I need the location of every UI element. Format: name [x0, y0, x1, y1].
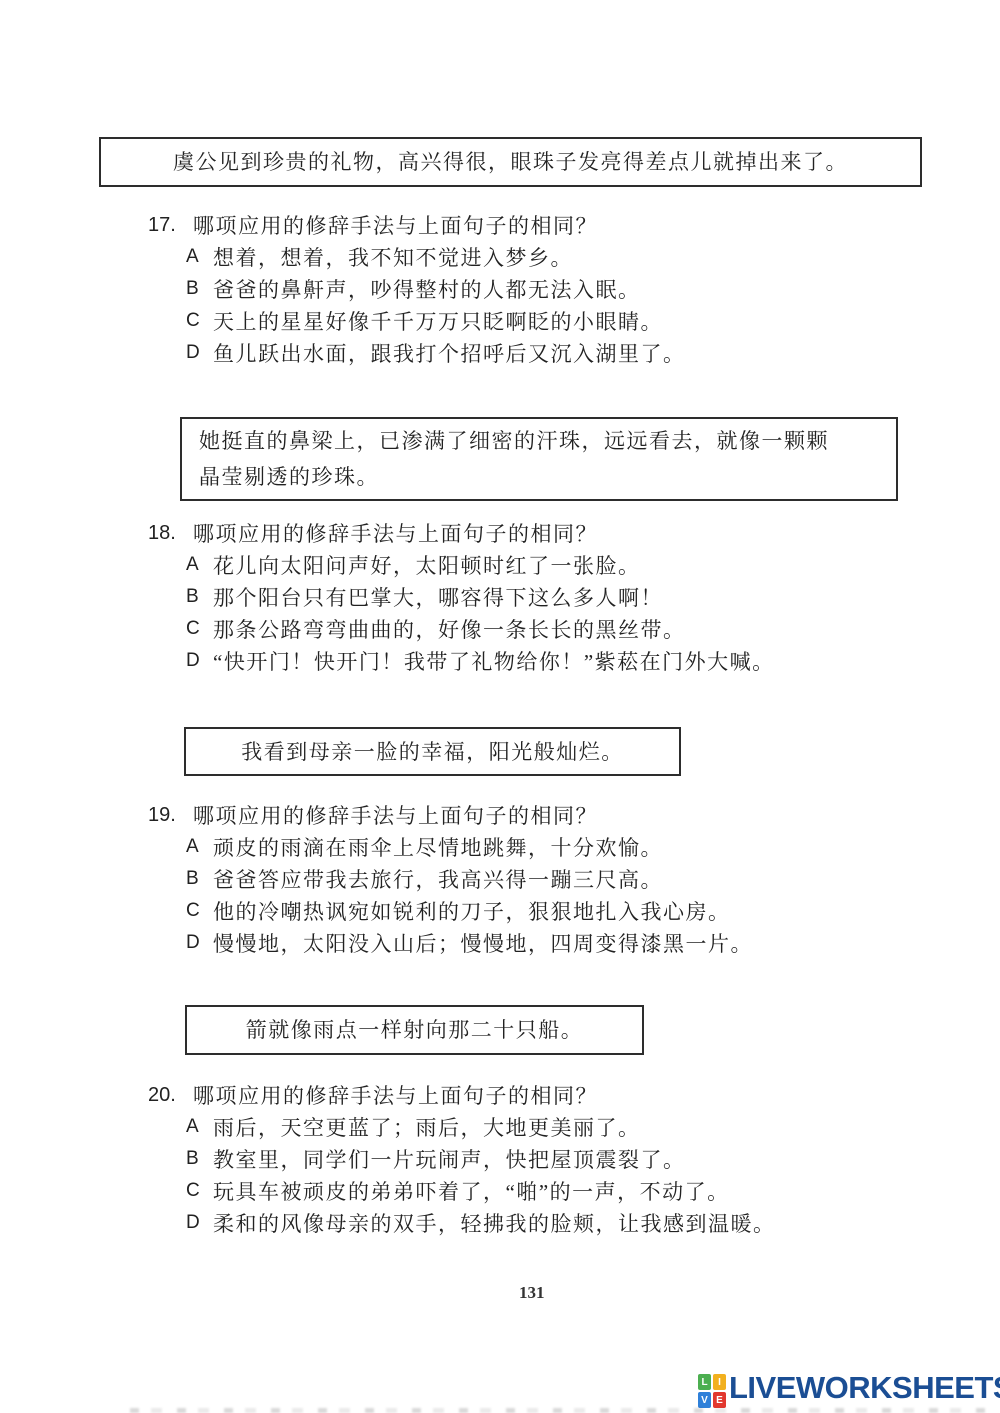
option-d[interactable]: D “快开门！快开门！我带了礼物给你！”紫菘在门外大喊。	[148, 645, 948, 677]
question-line: 20. 哪项应用的修辞手法与上面句子的相同？	[148, 1079, 948, 1111]
option-text: 花儿向太阳问声好，太阳顿时红了一张脸。	[213, 550, 641, 580]
question-number: 20.	[148, 1084, 193, 1107]
liveworksheets-icon: L I V E	[698, 1374, 726, 1408]
question-text: 哪项应用的修辞手法与上面句子的相同？	[193, 1080, 598, 1110]
option-text: 想着，想着，我不知不觉进入梦乡。	[213, 242, 573, 272]
option-b[interactable]: B 爸爸答应带我去旅行，我高兴得一蹦三尺高。	[148, 863, 948, 895]
option-letter: A	[186, 246, 213, 268]
option-text: 爸爸答应带我去旅行，我高兴得一蹦三尺高。	[213, 864, 663, 894]
option-text: 爸爸的鼻鼾声，吵得整村的人都无法入眠。	[213, 274, 641, 304]
option-text: 顽皮的雨滴在雨伞上尽情地跳舞，十分欢愉。	[213, 832, 663, 862]
option-letter: C	[186, 310, 213, 332]
option-c[interactable]: C 天上的星星好像千千万万只眨啊眨的小眼睛。	[148, 305, 948, 337]
option-letter: D	[186, 932, 213, 954]
option-text: 玩具车被顽皮的弟弟吓着了，“啪”的一声，不动了。	[213, 1176, 730, 1206]
option-text: 那条公路弯弯曲曲的，好像一条长长的黑丝带。	[213, 614, 686, 644]
option-letter: A	[186, 836, 213, 858]
option-text: 他的冷嘲热讽宛如锐利的刀子，狠狠地扎入我心房。	[213, 896, 731, 926]
option-a[interactable]: A 花儿向太阳问声好，太阳顿时红了一张脸。	[148, 549, 948, 581]
page-number: 131	[519, 1283, 545, 1303]
option-d[interactable]: D 柔和的风像母亲的双手，轻拂我的脸颊，让我感到温暖。	[148, 1207, 948, 1239]
option-text: 慢慢地，太阳没入山后；慢慢地，四周变得漆黑一片。	[213, 928, 753, 958]
passage-text: 晶莹剔透的珍珠。	[199, 459, 888, 495]
option-letter: C	[186, 618, 213, 640]
passage-box-2: 她挺直的鼻梁上，已渗满了细密的汗珠，远远看去，就像一颗颗 晶莹剔透的珍珠。	[180, 417, 898, 501]
option-letter: D	[186, 342, 213, 364]
option-a[interactable]: A 雨后，天空更蓝了；雨后，大地更美丽了。	[148, 1111, 948, 1143]
option-c[interactable]: C 玩具车被顽皮的弟弟吓着了，“啪”的一声，不动了。	[148, 1175, 948, 1207]
option-letter: D	[186, 650, 213, 672]
option-letter: C	[186, 1180, 213, 1202]
passage-box-4: 箭就像雨点一样射向那二十只船。	[185, 1005, 644, 1055]
option-d[interactable]: D 慢慢地，太阳没入山后；慢慢地，四周变得漆黑一片。	[148, 927, 948, 959]
question-17: 17. 哪项应用的修辞手法与上面句子的相同？ A 想着，想着，我不知不觉进入梦乡…	[148, 209, 948, 369]
logo-letter-i: I	[713, 1374, 726, 1390]
option-b[interactable]: B 教室里，同学们一片玩闹声，快把屋顶震裂了。	[148, 1143, 948, 1175]
option-b[interactable]: B 那个阳台只有巴掌大，哪容得下这么多人啊！	[148, 581, 948, 613]
logo-letter-e: E	[713, 1392, 726, 1408]
question-18: 18. 哪项应用的修辞手法与上面句子的相同？ A 花儿向太阳问声好，太阳顿时红了…	[148, 517, 948, 677]
passage-box-1: 虞公见到珍贵的礼物，高兴得很，眼珠子发亮得差点儿就掉出来了。	[99, 137, 922, 187]
question-line: 17. 哪项应用的修辞手法与上面句子的相同？	[148, 209, 948, 241]
question-number: 19.	[148, 804, 193, 827]
option-c[interactable]: C 那条公路弯弯曲曲的，好像一条长长的黑丝带。	[148, 613, 948, 645]
passage-text: 我看到母亲一脸的幸福，阳光般灿烂。	[186, 734, 679, 770]
cut-off-print-artifact	[130, 1408, 990, 1413]
option-letter: B	[186, 586, 213, 608]
question-line: 18. 哪项应用的修辞手法与上面句子的相同？	[148, 517, 948, 549]
option-letter: C	[186, 900, 213, 922]
liveworksheets-logo[interactable]: L I V E LIVEWORKSHEETS	[698, 1369, 1000, 1408]
passage-box-3: 我看到母亲一脸的幸福，阳光般灿烂。	[184, 727, 681, 776]
option-text: 鱼儿跃出水面，跟我打个招呼后又沉入湖里了。	[213, 338, 686, 368]
question-line: 19. 哪项应用的修辞手法与上面句子的相同？	[148, 799, 948, 831]
option-c[interactable]: C 他的冷嘲热讽宛如锐利的刀子，狠狠地扎入我心房。	[148, 895, 948, 927]
question-number: 18.	[148, 522, 193, 545]
option-a[interactable]: A 想着，想着，我不知不觉进入梦乡。	[148, 241, 948, 273]
option-text: 教室里，同学们一片玩闹声，快把屋顶震裂了。	[213, 1144, 686, 1174]
option-text: 柔和的风像母亲的双手，轻拂我的脸颊，让我感到温暖。	[213, 1208, 776, 1238]
question-19: 19. 哪项应用的修辞手法与上面句子的相同？ A 顽皮的雨滴在雨伞上尽情地跳舞，…	[148, 799, 948, 959]
logo-letter-l: L	[698, 1374, 711, 1390]
question-20: 20. 哪项应用的修辞手法与上面句子的相同？ A 雨后，天空更蓝了；雨后，大地更…	[148, 1079, 948, 1239]
option-d[interactable]: D 鱼儿跃出水面，跟我打个招呼后又沉入湖里了。	[148, 337, 948, 369]
option-letter: A	[186, 554, 213, 576]
question-number: 17.	[148, 214, 193, 237]
option-letter: A	[186, 1116, 213, 1138]
option-letter: B	[186, 278, 213, 300]
passage-text: 她挺直的鼻梁上，已渗满了细密的汗珠，远远看去，就像一颗颗	[199, 423, 888, 459]
worksheet-page: 虞公见到珍贵的礼物，高兴得很，眼珠子发亮得差点儿就掉出来了。 17. 哪项应用的…	[0, 0, 1000, 1413]
option-b[interactable]: B 爸爸的鼻鼾声，吵得整村的人都无法入眠。	[148, 273, 948, 305]
passage-text: 虞公见到珍贵的礼物，高兴得很，眼珠子发亮得差点儿就掉出来了。	[101, 144, 920, 180]
option-letter: D	[186, 1212, 213, 1234]
liveworksheets-wordmark: LIVEWORKSHEETS	[729, 1369, 1000, 1407]
question-text: 哪项应用的修辞手法与上面句子的相同？	[193, 210, 598, 240]
option-a[interactable]: A 顽皮的雨滴在雨伞上尽情地跳舞，十分欢愉。	[148, 831, 948, 863]
option-letter: B	[186, 868, 213, 890]
passage-text: 箭就像雨点一样射向那二十只船。	[187, 1012, 642, 1048]
option-text: “快开门！快开门！我带了礼物给你！”紫菘在门外大喊。	[213, 646, 775, 676]
option-text: 天上的星星好像千千万万只眨啊眨的小眼睛。	[213, 306, 663, 336]
option-text: 那个阳台只有巴掌大，哪容得下这么多人啊！	[213, 582, 663, 612]
question-text: 哪项应用的修辞手法与上面句子的相同？	[193, 518, 598, 548]
option-letter: B	[186, 1148, 213, 1170]
option-text: 雨后，天空更蓝了；雨后，大地更美丽了。	[213, 1112, 641, 1142]
logo-letter-v: V	[698, 1392, 711, 1408]
question-text: 哪项应用的修辞手法与上面句子的相同？	[193, 800, 598, 830]
